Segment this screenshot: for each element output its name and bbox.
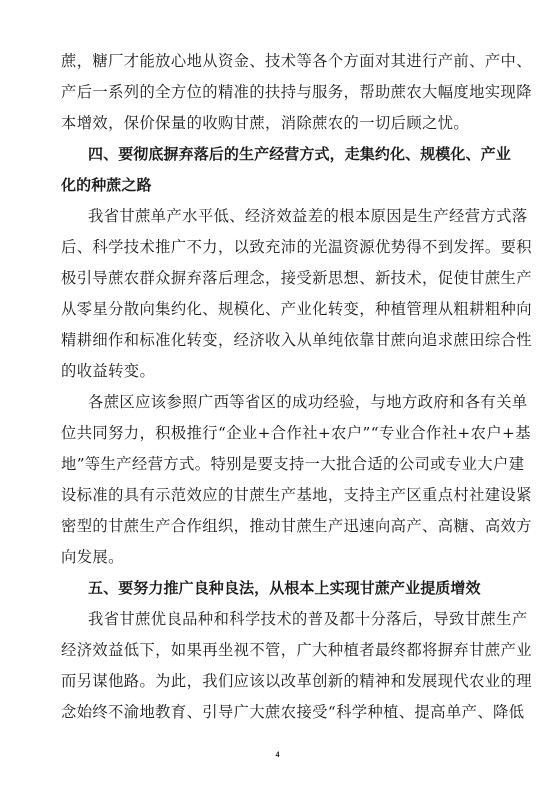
body-line: 位共同努力，积极推行“企业+合作社+农户”“专业合作社+农户+基 xyxy=(61,418,453,449)
section-heading-5: 五、要努力推广良种良法，从根本上实现甘蔗产业提质增效 xyxy=(61,573,453,604)
body-line: 精耕细作和标准化转变，经济收入从单纯依靠甘蔗向追求蔗田综合性 xyxy=(61,325,453,356)
body-line: 密型的甘蔗生产合作组织，推动甘蔗生产迅速向高产、高糖、高效方 xyxy=(61,511,453,542)
body-line: 的收益转变。 xyxy=(61,356,453,387)
section-heading-4: 四、要彻底摒弃落后的生产经营方式，走集约化、规模化、产业 xyxy=(61,139,453,170)
body-line: 蔗，糖厂才能放心地从资金、技术等各个方面对其进行产前、产中、 xyxy=(61,46,453,77)
document-page: 蔗，糖厂才能放心地从资金、技术等各个方面对其进行产前、产中、 产后一系列的全方位… xyxy=(61,46,453,728)
body-line: 而另谋他路。为此，我们应该以改革创新的精神和发展现代农业的理 xyxy=(61,666,453,697)
body-line: 向发展。 xyxy=(61,542,453,573)
body-line: 后、科学技术推广不力，以致充沛的光温资源优势得不到发挥。要积 xyxy=(61,232,453,263)
body-line: 本增效，保价保量的收购甘蔗，消除蔗农的一切后顾之忧。 xyxy=(61,108,453,139)
body-line: 设标准的具有示范效应的甘蔗生产基地，支持主产区重点村社建设紧 xyxy=(61,480,453,511)
page-number: 4 xyxy=(0,750,555,759)
body-line: 我省甘蔗优良品种和科学技术的普及都十分落后，导致甘蔗生产 xyxy=(61,604,453,635)
body-line: 地”等生产经营方式。特别是要支持一大批合适的公司或专业大户建 xyxy=(61,449,453,480)
body-line: 从零星分散向集约化、规模化、产业化转变，种植管理从粗耕粗种向 xyxy=(61,294,453,325)
body-line: 我省甘蔗单产水平低、经济效益差的根本原因是生产经营方式落 xyxy=(61,201,453,232)
body-line: 经济效益低下，如果再坐视不管，广大种植者最终都将摒弃甘蔗产业 xyxy=(61,635,453,666)
section-heading-4-cont: 化的种蔗之路 xyxy=(61,170,453,201)
body-line: 产后一系列的全方位的精准的扶持与服务，帮助蔗农大幅度地实现降 xyxy=(61,77,453,108)
body-line: 念始终不渝地教育、引导广大蔗农接受“科学种植、提高单产、降低 xyxy=(61,697,453,728)
body-line: 各蔗区应该参照广西等省区的成功经验，与地方政府和各有关单 xyxy=(61,387,453,418)
body-line: 极引导蔗农群众摒弃落后理念，接受新思想、新技术，促使甘蔗生产 xyxy=(61,263,453,294)
